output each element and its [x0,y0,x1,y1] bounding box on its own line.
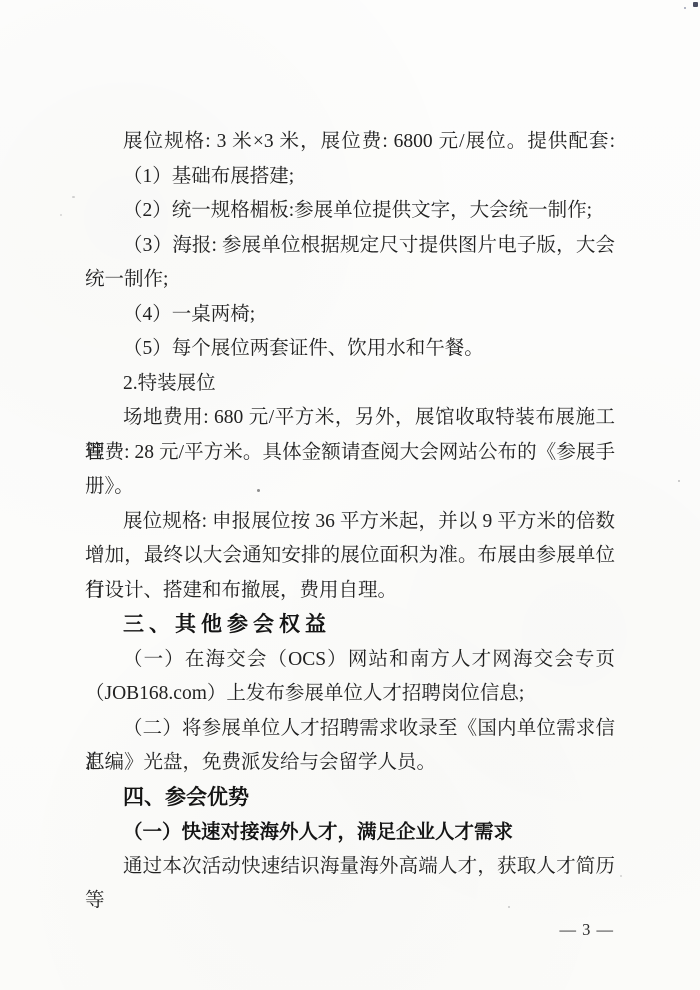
text-line: 四、参会优势 [85,781,615,816]
text-line: 汇编》光盘，免费派发给与会留学人员。 [85,746,615,781]
text-line: 增加，最终以大会通知安排的展位面积为准。布展由参展单位自 [85,539,615,574]
text-line: 三、其他参会权益 [85,608,615,643]
scan-speck [72,196,75,198]
text-line: 场地费用: 680 元/平方米，另外，展馆收取特装布展施工管 [85,401,615,436]
text-line: 通过本次活动快速结识海量海外高端人才，获取人才简历等 [85,850,615,885]
text-line: （一）快速对接海外人才，满足企业人才需求 [85,815,615,850]
text-line: （二）将参展单位人才招聘需求收录至《国内单位需求信息 [85,712,615,747]
text-line: （5）每个展位两套证件、饮用水和午餐。 [85,332,615,367]
text-line: 册》。 [85,470,615,505]
page-number: — 3 — [560,920,615,940]
text-line: 行设计、搭建和布撤展，费用自理。 [85,574,615,609]
scan-speck [508,906,510,908]
text-line: （1）基础布展搭建; [85,160,615,195]
text-line: 展位规格: 申报展位按 36 平方米起，并以 9 平方米的倍数 [85,505,615,540]
scan-speck [60,214,62,216]
text-line: （4）一桌两椅; [85,298,615,333]
text-line: 2.特装展位 [85,367,615,402]
document-page: 展位规格: 3 米×3 米，展位费: 6800 元/展位。提供配套:（1）基础布… [0,0,700,990]
scan-speck [693,2,698,7]
document-body: 展位规格: 3 米×3 米，展位费: 6800 元/展位。提供配套:（1）基础布… [85,125,615,884]
text-line: 统一制作; [85,263,615,298]
text-line: 理费: 28 元/平方米。具体金额请查阅大会网站公布的《参展手 [85,436,615,471]
scan-speck [257,489,260,492]
text-line: （3）海报: 参展单位根据规定尺寸提供图片电子版，大会 [85,229,615,264]
text-line: （一）在海交会（OCS）网站和南方人才网海交会专页 [85,643,615,678]
text-line: 展位规格: 3 米×3 米，展位费: 6800 元/展位。提供配套: [85,125,615,160]
scan-speck [620,875,622,877]
scan-speck [684,7,686,9]
text-line: （2）统一规格楣板:参展单位提供文字，大会统一制作; [85,194,615,229]
text-line: （JOB168.com）上发布参展单位人才招聘岗位信息; [85,677,615,712]
scan-speck [678,480,680,482]
